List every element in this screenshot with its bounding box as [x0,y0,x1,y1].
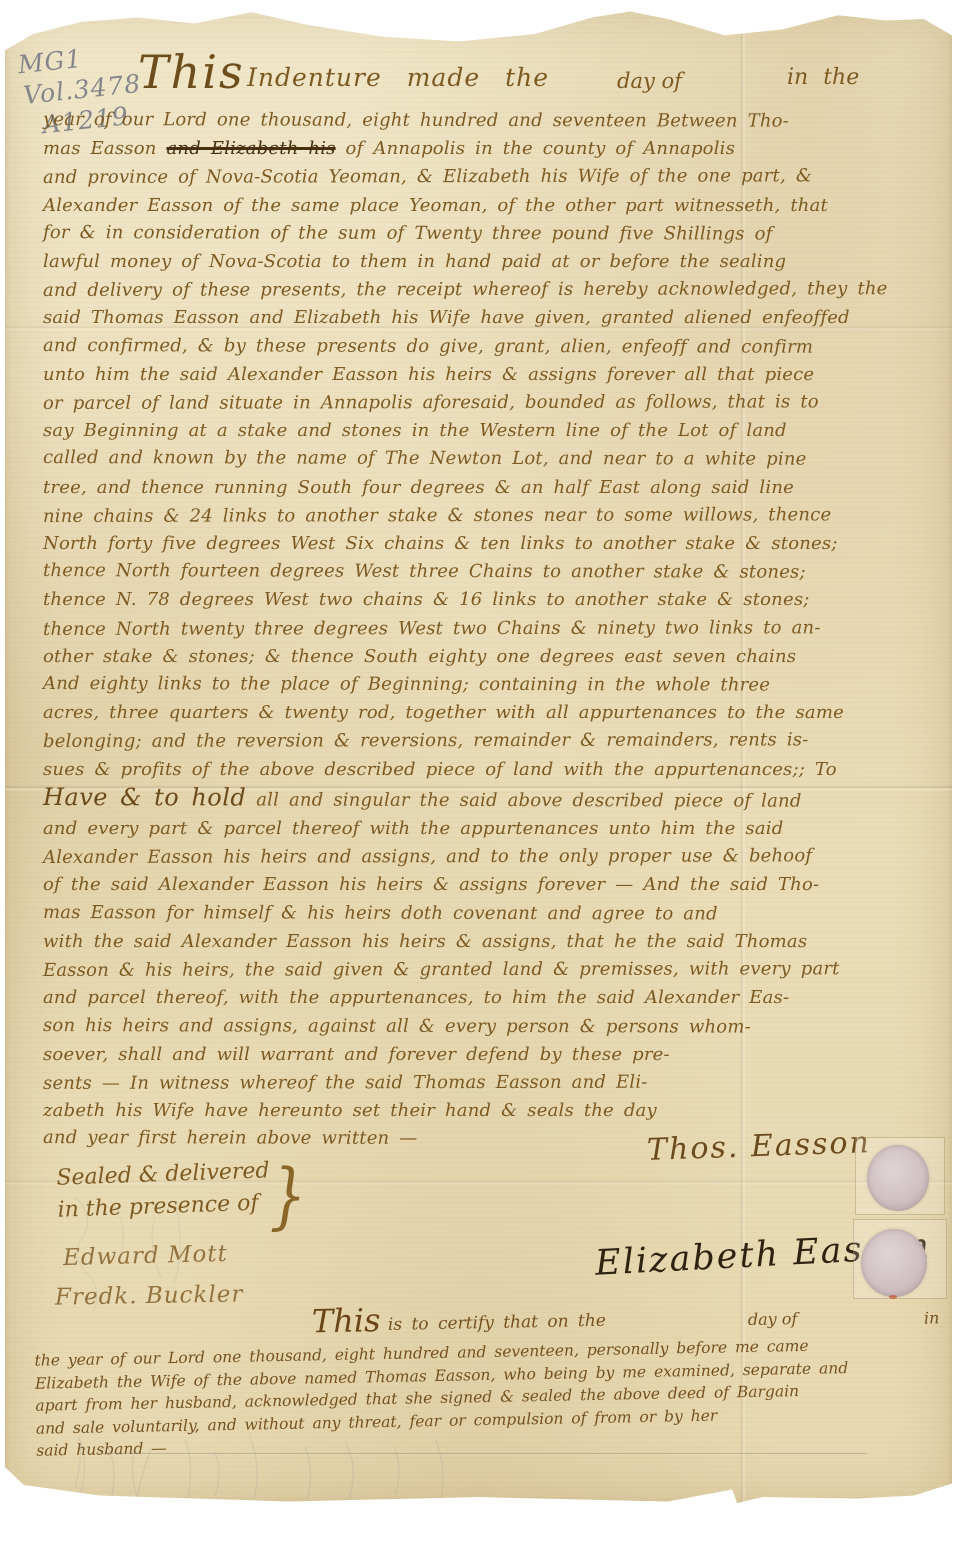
manuscript-line: sents — In witness whereof the said Thom… [43,1068,945,1098]
manuscript-line: zabeth his Wife have hereunto set their … [43,1097,945,1125]
manuscript-line: with the said Alexander Easson his heirs… [43,928,945,956]
manuscript-line: nine chains & 24 links to another stake … [43,501,945,531]
certification-opening: is to certify that on the [388,1311,606,1335]
manuscript-line: called and known by the name of The Newt… [43,444,945,474]
wax-seal [861,1229,927,1297]
manuscript-line: and parcel thereof, with the appurtenanc… [43,984,945,1012]
manuscript-line: and province of Nova-Scotia Yeoman, & El… [43,162,945,192]
manuscript-line: mas Easson and Elizabeth his of Annapoli… [43,135,945,163]
manuscript-line: thence North twenty three degrees West t… [43,614,945,644]
manuscript-line: Alexander Easson of the same place Yeoma… [43,192,945,220]
manuscript-line: thence North fourteen degrees West three… [43,557,945,587]
day-of-label: day of [748,1309,798,1329]
manuscript-line: soever, shall and will warrant and forev… [43,1041,945,1069]
manuscript-line: for & in consideration of the sum of Twe… [43,219,945,249]
manuscript-line: Alexander Easson his heirs and assigns, … [43,842,945,872]
manuscript-line: acres, three quarters & twenty rod, toge… [43,699,945,727]
manuscript-line: Have & to hold all and singular the said… [43,783,945,816]
manuscript-line: sues & profits of the above described pi… [43,756,945,784]
this-initial: This [311,1301,380,1340]
manuscript-line: and delivery of these presents, the rece… [43,275,945,305]
manuscript-line: thence N. 78 degrees West two chains & 1… [43,586,945,614]
manuscript-line: year of our Lord one thousand, eight hun… [43,106,945,136]
this-initial: This [138,45,245,99]
day-of-label: day of [617,69,682,93]
manuscript-paper: MG1 Vol.3478 A1219 This Indenture made t… [5,7,952,1503]
thomas-signature: Thos. Easson [646,1125,871,1168]
manuscript-line: Easson & his heirs, the said given & gra… [43,955,945,985]
manuscript-line: say Beginning at a stake and stones in t… [43,417,945,445]
manuscript-line: belonging; and the reversion & reversion… [43,727,945,757]
in-label: in [924,1308,940,1327]
manuscript-line: North forty five degrees West Six chains… [43,530,945,558]
brace-mark: } [270,1153,307,1237]
in-the-label: in the [787,65,859,90]
manuscript-line: and confirmed, & by these presents do gi… [43,332,945,362]
manuscript-line: of the said Alexander Easson his heirs &… [43,871,945,899]
manuscript-line: said Thomas Easson and Elizabeth his Wif… [43,304,945,332]
opening-text: Indenture made the [247,63,549,92]
opening-line: This Indenture made the day of in the [5,43,952,101]
wax-seal [867,1145,929,1211]
manuscript-line: tree, and thence running South four degr… [43,474,945,502]
manuscript-line: mas Easson for himself & his heirs doth … [43,899,945,929]
pencil-scribbles [65,1427,485,1505]
manuscript-line: And eighty links to the place of Beginni… [43,670,945,700]
scanned-document-page: MG1 Vol.3478 A1219 This Indenture made t… [0,0,957,1543]
manuscript-line: other stake & stones; & thence South eig… [43,643,945,671]
manuscript-line: lawful money of Nova-Scotia to them in h… [43,248,945,276]
pencil-scribbles [55,1187,215,1357]
manuscript-line: son his heirs and assigns, against all &… [43,1012,945,1042]
manuscript-line: or parcel of land situate in Annapolis a… [43,388,945,418]
manuscript-line: and every part & parcel thereof with the… [43,815,945,843]
manuscript-line: unto him the said Alexander Easson his h… [43,361,945,389]
body-text: year of our Lord one thousand, eight hun… [43,107,945,1154]
